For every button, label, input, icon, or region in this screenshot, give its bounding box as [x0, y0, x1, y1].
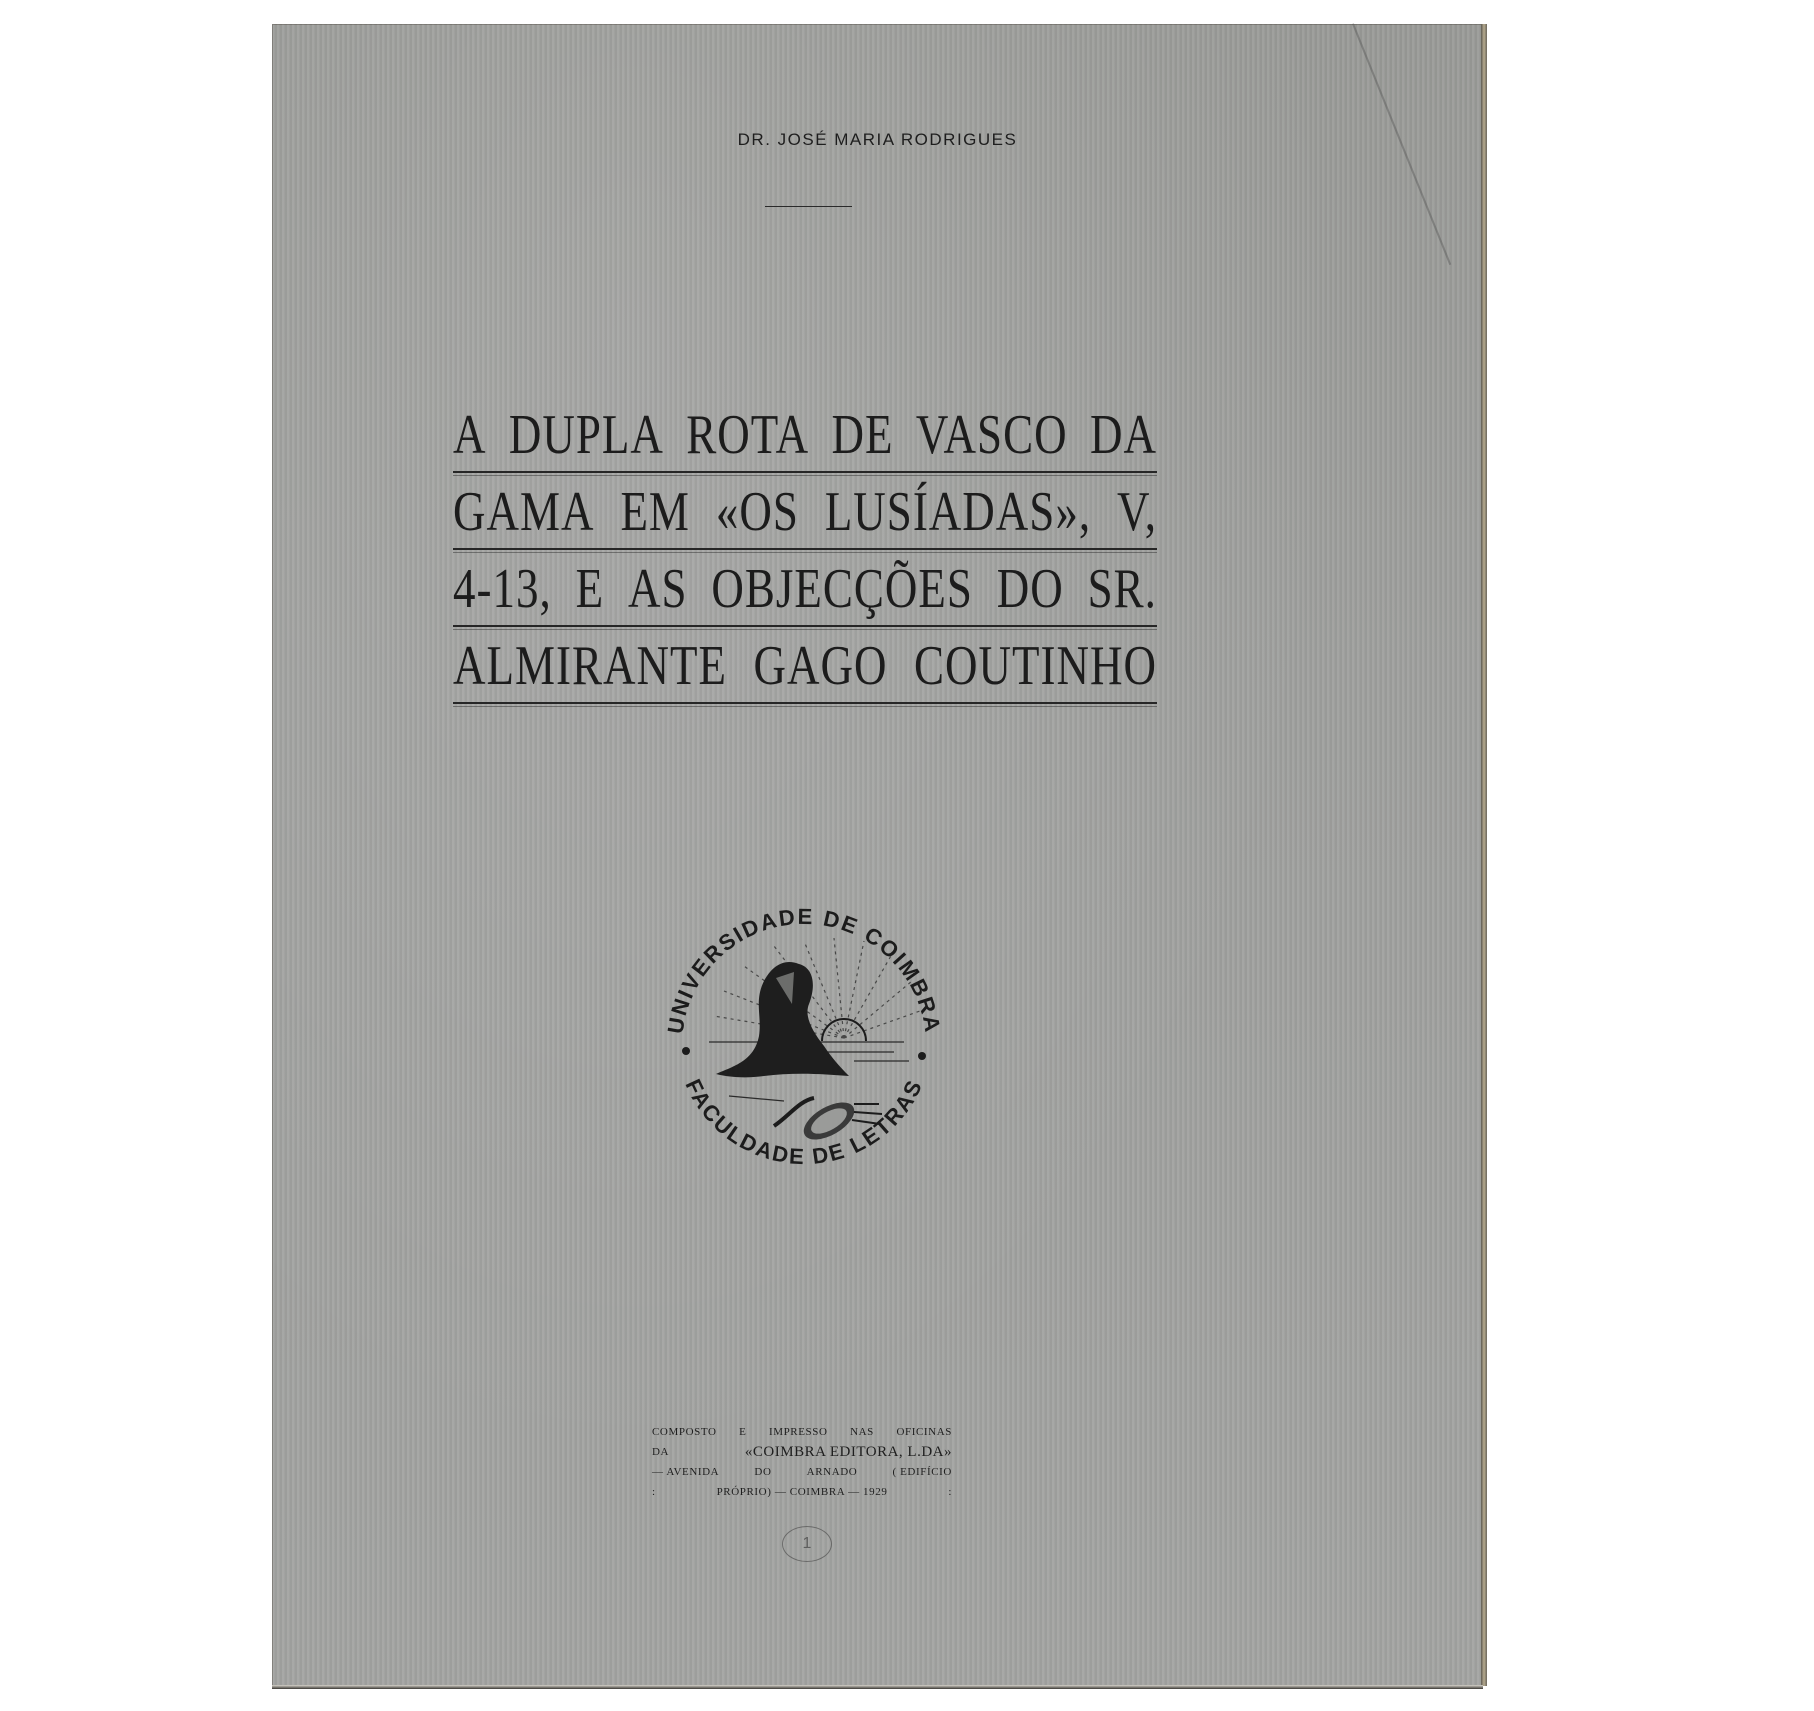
- title-word: V,: [1117, 484, 1157, 540]
- title-word: GAGO: [753, 638, 887, 694]
- svg-text:FACULDADE DE LETRAS: FACULDADE DE LETRAS: [680, 1075, 927, 1169]
- title-word: ROTA: [686, 407, 809, 463]
- title-word: DUPLA: [509, 407, 664, 463]
- imprint-word: IMPRESSO: [769, 1422, 828, 1442]
- title-word: EM: [620, 484, 690, 540]
- title-word: DO: [997, 561, 1064, 617]
- university-seal: UNIVERSIDADE DE COIMBRA FACULDADE DE LET…: [654, 886, 954, 1186]
- title-word: DE: [832, 407, 894, 463]
- title-word: SR.: [1088, 561, 1157, 617]
- title-word: DA: [1090, 407, 1157, 463]
- imprint-word: OFICINAS: [896, 1422, 952, 1442]
- title-line-2: GAMA EM «OS LUSÍADAS», V,: [453, 473, 1157, 550]
- title-word: AS: [628, 561, 688, 617]
- printer-imprint: COMPOSTO E IMPRESSO NAS OFICINAS DA «COI…: [652, 1422, 952, 1502]
- title-word: «OS: [716, 484, 799, 540]
- title-word: A: [453, 407, 487, 463]
- imprint-word: — AVENIDA: [652, 1462, 719, 1482]
- author-divider: [765, 206, 852, 207]
- title-word: VASCO: [916, 407, 1068, 463]
- imprint-word: NAS: [850, 1422, 874, 1442]
- cover-bottom-edge: [272, 1685, 1483, 1689]
- title-word: LUSÍADAS»,: [825, 484, 1091, 540]
- imprint-line-4: : PRÓPRIO) — COIMBRA — 1929 :: [652, 1482, 952, 1502]
- title-word: 4-13,: [453, 561, 552, 617]
- cover-right-edge: [1481, 24, 1487, 1686]
- imprint-word: ( EDIFÍCIO: [893, 1462, 952, 1482]
- book-cover: DR. JOSÉ MARIA RODRIGUES A DUPLA ROTA DE…: [272, 24, 1483, 1686]
- imprint-word: E: [739, 1422, 746, 1442]
- handwritten-circled-number: 1: [782, 1526, 832, 1562]
- title-word: GAMA: [453, 484, 595, 540]
- imprint-word: COMPOSTO: [652, 1422, 717, 1442]
- imprint-word: ARNADO: [807, 1462, 858, 1482]
- title-line-4: ALMIRANTE GAGO COUTINHO: [453, 627, 1157, 704]
- imprint-publisher: «COIMBRA EDITORA, L.DA»: [745, 1442, 952, 1462]
- author-name: DR. JOSÉ MARIA RODRIGUES: [272, 130, 1483, 150]
- title-line-1: A DUPLA ROTA DE VASCO DA: [453, 396, 1157, 473]
- imprint-word: PRÓPRIO) — COIMBRA — 1929: [717, 1482, 888, 1502]
- imprint-word: :: [948, 1482, 952, 1502]
- imprint-word: DA: [652, 1442, 669, 1462]
- imprint-word: :: [652, 1482, 656, 1502]
- title-block: A DUPLA ROTA DE VASCO DA GAMA EM «OS LUS…: [453, 396, 1157, 704]
- title-line-3: 4-13, E AS OBJECÇÕES DO SR.: [453, 550, 1157, 627]
- sphinx-sunrise-emblem-icon: UNIVERSIDADE DE COIMBRA FACULDADE DE LET…: [654, 886, 954, 1186]
- imprint-line-3: — AVENIDA DO ARNADO ( EDIFÍCIO: [652, 1462, 952, 1482]
- title-word: COUTINHO: [914, 638, 1157, 694]
- title-word: E: [576, 561, 605, 617]
- imprint-line-2: DA «COIMBRA EDITORA, L.DA»: [652, 1442, 952, 1462]
- title-word: OBJECÇÕES: [711, 561, 973, 617]
- imprint-line-1: COMPOSTO E IMPRESSO NAS OFICINAS: [652, 1422, 952, 1442]
- imprint-word: DO: [754, 1462, 771, 1482]
- title-word: ALMIRANTE: [453, 638, 727, 694]
